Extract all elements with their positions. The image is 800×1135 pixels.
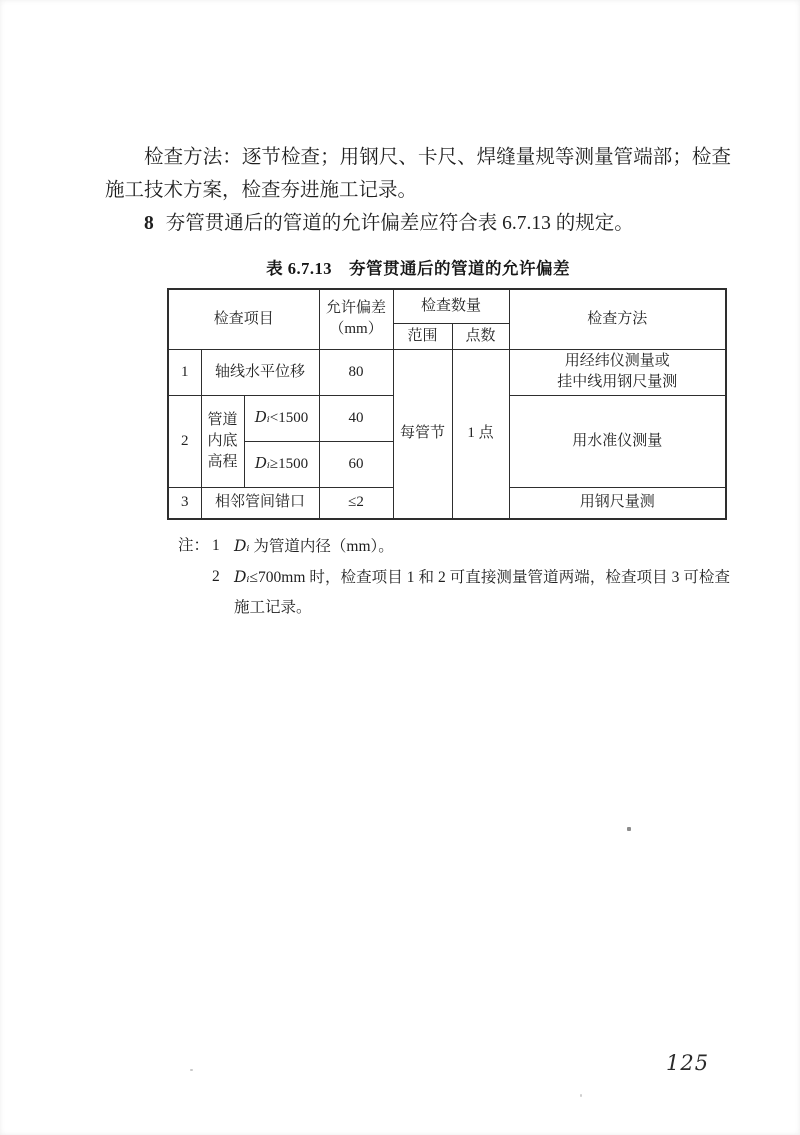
notes-label: 注： bbox=[178, 531, 212, 561]
row1-method-line1: 用经纬仪测量或 bbox=[512, 351, 724, 372]
row1-number: 1 bbox=[168, 349, 201, 395]
table-title: 表 6.7.13 夯管贯通后的管道的允许偏差 bbox=[105, 255, 731, 279]
header-points: 点数 bbox=[452, 323, 509, 349]
note-1-text: Dᵢ 为管道内径（mm）。 bbox=[234, 531, 730, 562]
row1-tolerance: 80 bbox=[319, 349, 393, 395]
page-content: 检查方法：逐节检查；用钢尺、卡尺、焊缝量规等测量管端部；检查施工技术方案，检查夯… bbox=[105, 141, 731, 623]
table-row: 1 轴线水平位移 80 每管节 1 点 用经纬仪测量或 挂中线用钢尺量测 bbox=[168, 349, 726, 395]
row2-tolerance-2: 60 bbox=[319, 441, 393, 487]
row3-tolerance: ≤2 bbox=[319, 487, 393, 519]
row2-condition-1: Dᵢ<1500 bbox=[244, 395, 319, 441]
header-tolerance: 允许偏差 （mm） bbox=[319, 289, 393, 349]
item-number: 8 bbox=[144, 213, 154, 234]
points-value: 1 点 bbox=[452, 349, 509, 519]
scan-speck bbox=[627, 827, 631, 831]
row2-item: 管道内底高程 bbox=[201, 395, 244, 487]
diameter-variable: Dᵢ bbox=[234, 537, 250, 555]
header-item: 检查项目 bbox=[168, 289, 319, 349]
row2-method: 用水准仪测量 bbox=[509, 395, 726, 487]
scan-speck bbox=[190, 1069, 193, 1071]
header-tolerance-unit: （mm） bbox=[322, 319, 391, 340]
row1-method-line2: 挂中线用钢尺量测 bbox=[512, 372, 724, 393]
paragraph-check-method: 检查方法：逐节检查；用钢尺、卡尺、焊缝量规等测量管端部；检查施工技术方案，检查夯… bbox=[105, 141, 731, 207]
note-2-number: 2 bbox=[212, 562, 234, 592]
diameter-variable: Dᵢ bbox=[255, 454, 270, 472]
row1-method: 用经纬仪测量或 挂中线用钢尺量测 bbox=[509, 349, 726, 395]
row1-item: 轴线水平位移 bbox=[201, 349, 319, 395]
header-tolerance-line1: 允许偏差 bbox=[322, 298, 391, 319]
scan-speck bbox=[580, 1094, 582, 1097]
paragraph-item-8: 8夯管贯通后的管道的允许偏差应符合表 6.7.13 的规定。 bbox=[105, 207, 731, 240]
row2-tolerance-1: 40 bbox=[319, 395, 393, 441]
header-method: 检查方法 bbox=[509, 289, 726, 349]
diameter-variable: Dᵢ bbox=[234, 568, 250, 586]
note-1-number: 1 bbox=[212, 531, 234, 561]
item-text: 夯管贯通后的管道的允许偏差应符合表 6.7.13 的规定。 bbox=[166, 213, 634, 234]
table-notes: 注： 1 Dᵢ 为管道内径（mm）。 2 Dᵢ≤700mm 时，检查项目 1 和… bbox=[178, 531, 730, 623]
row3-item: 相邻管间错口 bbox=[201, 487, 319, 519]
row2-number: 2 bbox=[168, 395, 201, 487]
tolerance-table: 检查项目 允许偏差 （mm） 检查数量 检查方法 范围 点数 1 bbox=[167, 288, 727, 520]
diameter-variable: Dᵢ bbox=[255, 408, 270, 426]
document-page: 检查方法：逐节检查；用钢尺、卡尺、焊缝量规等测量管端部；检查施工技术方案，检查夯… bbox=[0, 0, 800, 1135]
page-number: 125 bbox=[666, 1051, 709, 1075]
note-1: 注： 1 Dᵢ 为管道内径（mm）。 bbox=[178, 531, 730, 562]
header-row-1: 检查项目 允许偏差 （mm） 检查数量 检查方法 bbox=[168, 289, 726, 323]
row3-number: 3 bbox=[168, 487, 201, 519]
range-value: 每管节 bbox=[393, 349, 452, 519]
header-range: 范围 bbox=[393, 323, 452, 349]
note-2-text: Dᵢ≤700mm 时，检查项目 1 和 2 可直接测量管道两端，检查项目 3 可… bbox=[234, 562, 730, 623]
note-2: 2 Dᵢ≤700mm 时，检查项目 1 和 2 可直接测量管道两端，检查项目 3… bbox=[178, 562, 730, 623]
header-quantity: 检查数量 bbox=[393, 289, 509, 323]
row3-method: 用钢尺量测 bbox=[509, 487, 726, 519]
row2-condition-2: Dᵢ≥1500 bbox=[244, 441, 319, 487]
table-container: 检查项目 允许偏差 （mm） 检查数量 检查方法 范围 点数 1 bbox=[167, 288, 731, 520]
